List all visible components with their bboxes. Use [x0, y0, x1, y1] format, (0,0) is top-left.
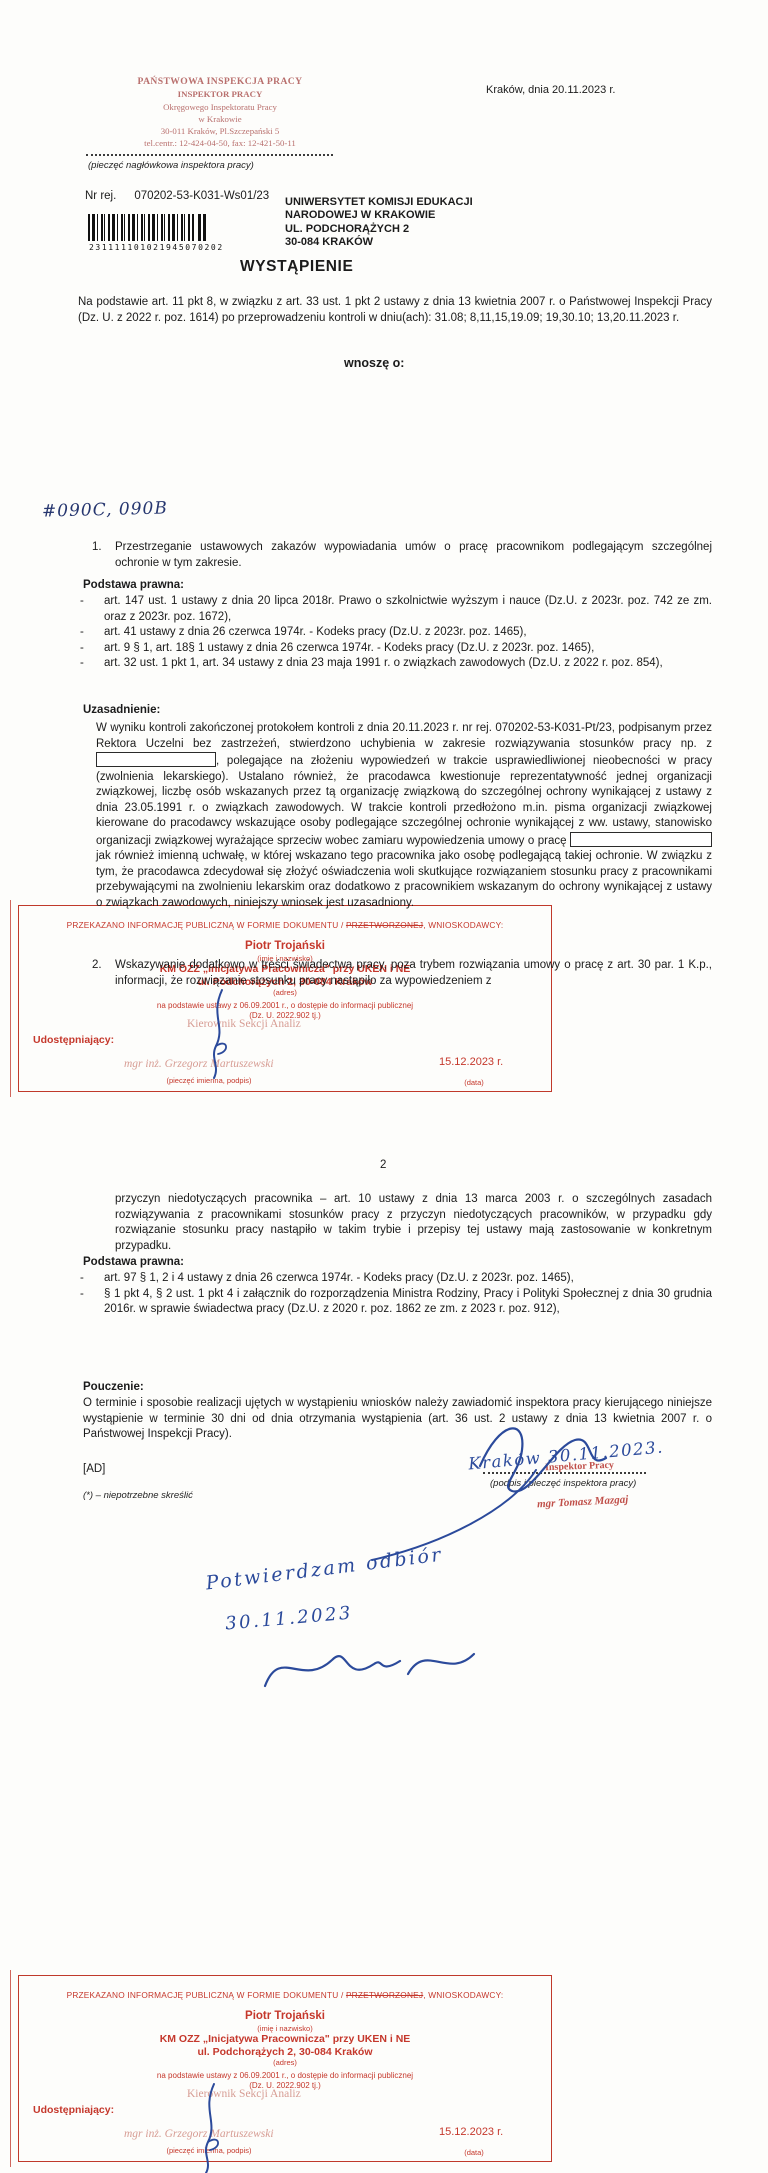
barcode-end-bars	[198, 214, 206, 241]
item-number: 1.	[92, 540, 115, 571]
stamp-line: INSPEKTOR PRACY	[95, 88, 345, 100]
handwritten-signature-stroke	[182, 2080, 232, 2173]
barcode	[88, 214, 206, 241]
recipient-line: 30-084 KRAKÓW	[285, 236, 473, 249]
stamp-line: tel.centr.: 12-424-04-50, fax: 12-421-50…	[95, 137, 345, 149]
inspectorate-header-stamp: PAŃSTWOWA INSPEKCJA PRACY INSPEKTOR PRAC…	[95, 76, 345, 150]
registry-number: 070202-53-K031-Ws01/23	[134, 190, 269, 202]
redaction-box	[570, 832, 712, 847]
item-text: Przestrzeganie ustawowych zakazów wypowi…	[115, 540, 712, 571]
handwritten-ref-note: #090C, 090B	[42, 498, 168, 521]
initials-note: [AD]	[83, 1462, 105, 1478]
legal-item: -art. 9 § 1, art. 18§ 1 ustawy z dnia 26…	[80, 641, 712, 657]
intro-paragraph: Na podstawie art. 11 pkt 8, w związku z …	[78, 295, 712, 326]
struck-word: PRZETWORZONEJ	[346, 920, 423, 930]
item-text: Wskazywanie dodatkowo w treści świadectw…	[115, 958, 712, 989]
public-info-stamp-box-2: PRZEKAZANO INFORMACJĘ PUBLICZNĄ W FORMIE…	[18, 1975, 552, 2162]
requester-name: Piotr Trojański	[19, 940, 551, 952]
recipient-line: UNIWERSYTET KOMISJI EDUKACJI	[285, 196, 473, 209]
barcode-bars	[88, 214, 194, 241]
stamp-line: w Krakowie	[95, 113, 345, 125]
stamp-box-header: PRZEKAZANO INFORMACJĘ PUBLICZNĄ W FORMIE…	[19, 1990, 551, 2000]
justification-text: W wyniku kontroli zakończonej protokołem…	[96, 722, 712, 750]
motion-item-2: 2. Wskazywanie dodatkowo w treści świade…	[92, 958, 712, 989]
date-line: Kraków, dnia 20.11.2023 r.	[486, 84, 615, 96]
legal-basis-list-2: -art. 97 § 1, 2 i 4 ustawy z dnia 26 cze…	[80, 1271, 712, 1318]
handwritten-signature-stroke	[192, 986, 242, 1081]
redaction-box	[96, 752, 216, 767]
struck-word: PRZETWORZONEJ	[346, 1990, 423, 2000]
registry-label: Nr rej.	[85, 190, 116, 202]
stamp-dotted-line	[86, 154, 333, 156]
footnote: (*) – niepotrzebne skreślić	[83, 1490, 193, 1501]
recipient-address-block: UNIWERSYTET KOMISJI EDUKACJI NARODOWEJ W…	[285, 196, 473, 250]
inspector-signature	[350, 1408, 670, 1568]
scanned-document-page: PAŃSTWOWA INSPEKCJA PRACY INSPEKTOR PRAC…	[0, 0, 768, 2173]
recipient-line: NARODOWEJ W KRAKOWIE	[285, 209, 473, 222]
requester-org: KM OZZ „Inicjatywa Pracownicza" przy UKE…	[19, 2033, 551, 2045]
barcode-digits: 231111101021945070202	[89, 243, 224, 252]
legal-basis-list-1: -art. 147 ust. 1 ustawy z dnia 20 lipca …	[80, 594, 712, 672]
document-title: WYSTĄPIENIE	[240, 258, 353, 276]
stamp-date-caption: (data)	[429, 1078, 519, 1087]
requester-address: ul. Podchorążych 2, 30-084 Kraków	[19, 2046, 551, 2058]
provider-label: Udostępniający:	[33, 1034, 114, 1046]
legal-item: -art. 97 § 1, 2 i 4 ustawy z dnia 26 cze…	[80, 1271, 712, 1287]
motion-item-1: 1. Przestrzeganie ustawowych zakazów wyp…	[92, 540, 712, 571]
motion-heading: wnoszę o:	[344, 356, 404, 370]
legal-basis-heading-1: Podstawa prawna:	[83, 578, 184, 594]
name-caption: (imię i nazwisko)	[19, 2024, 551, 2033]
page-number: 2	[380, 1158, 386, 1174]
justification-heading: Uzasadnienie:	[83, 703, 160, 719]
legal-item: -§ 1 pkt 4, § 2 ust. 1 pkt 4 i załącznik…	[80, 1287, 712, 1318]
stamp-date: 15.12.2023 r.	[439, 1056, 503, 1068]
stamp-date-caption: (data)	[429, 2148, 519, 2157]
instruction-heading: Pouczenie:	[83, 1380, 144, 1396]
stamp-line: 30-011 Kraków, Pl.Szczepański 5	[95, 125, 345, 137]
legal-item: -art. 41 ustawy z dnia 26 czerwca 1974r.…	[80, 625, 712, 641]
registry-number-row: Nr rej.070202-53-K031-Ws01/23	[85, 190, 269, 202]
header-stamp-caption: (pieczęć nagłówkowa inspektora pracy)	[88, 160, 254, 171]
stamp-line: PAŃSTWOWA INSPEKCJA PRACY	[95, 76, 345, 88]
legal-item: -art. 32 ust. 1 pkt 1, art. 34 ustawy z …	[80, 656, 712, 672]
justification-text: jak również imienną uchwałę, w której ws…	[96, 850, 712, 909]
address-caption: (adres)	[19, 2058, 551, 2067]
motion-item-2-continuation: przyczyn niedotyczących pracownika – art…	[115, 1192, 712, 1254]
provider-label: Udostępniający:	[33, 2104, 114, 2116]
recipient-line: UL. PODCHORĄŻYCH 2	[285, 223, 473, 236]
legal-basis-heading-2: Podstawa prawna:	[83, 1255, 184, 1271]
stamp-date: 15.12.2023 r.	[439, 2126, 503, 2138]
public-info-stamp-box-1: PRZEKAZANO INFORMACJĘ PUBLICZNĄ W FORMIE…	[18, 905, 552, 1092]
receipt-signature	[250, 1628, 480, 1703]
justification-paragraph: W wyniku kontroli zakończonej protokołem…	[96, 721, 712, 911]
item-number: 2.	[92, 958, 115, 989]
legal-item: -art. 147 ust. 1 ustawy z dnia 20 lipca …	[80, 594, 712, 625]
requester-name: Piotr Trojański	[19, 2010, 551, 2022]
stamp-box-header: PRZEKAZANO INFORMACJĘ PUBLICZNĄ W FORMIE…	[19, 920, 551, 930]
address-caption: (adres)	[19, 988, 551, 997]
stamp-line: Okręgowego Inspektoratu Pracy	[95, 101, 345, 113]
